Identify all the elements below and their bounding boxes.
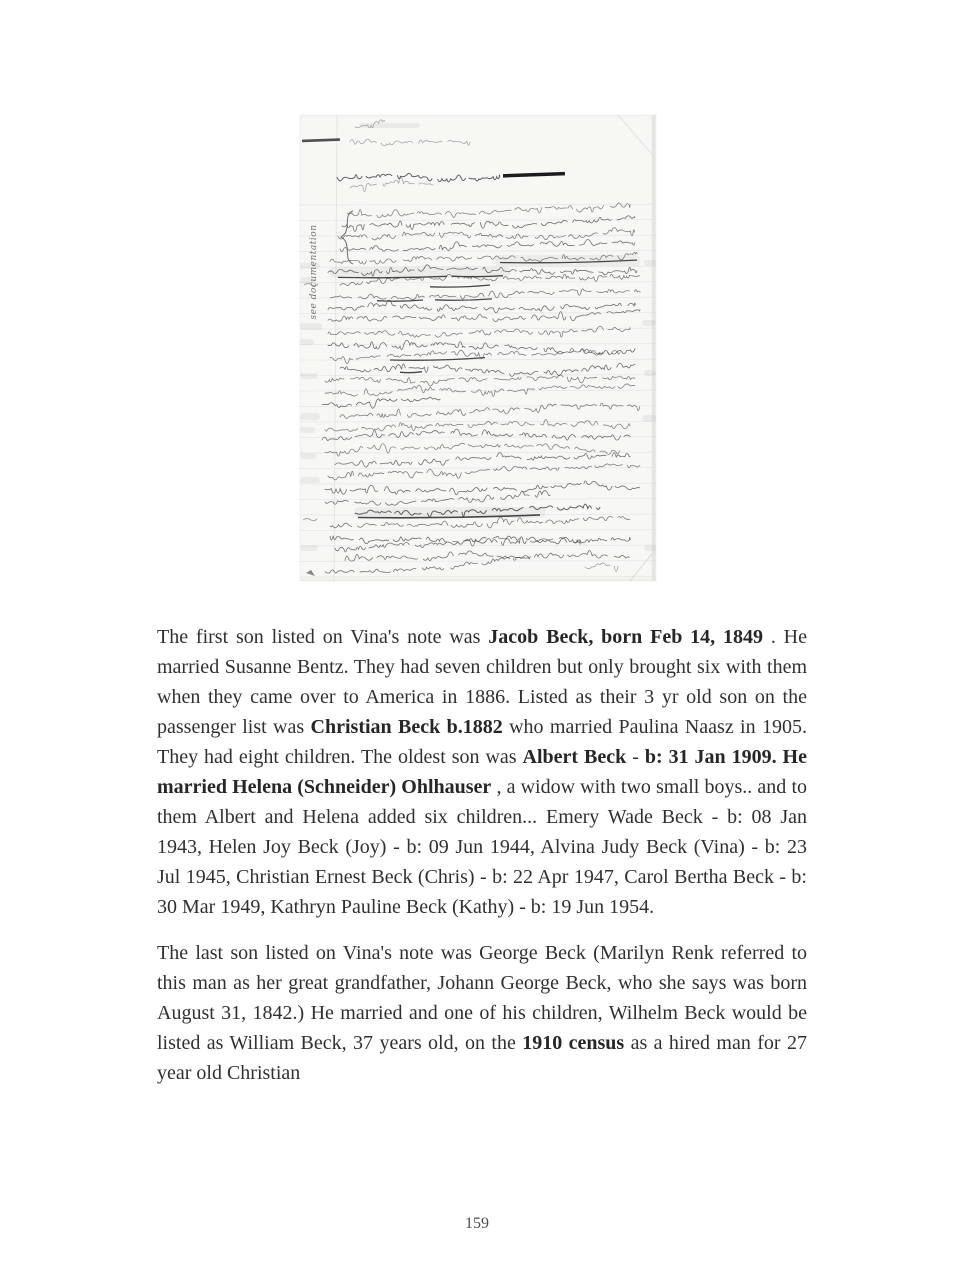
bold-run: Albert Beck: [523, 746, 627, 768]
paragraph-1: The first son listed on Vina's note was …: [157, 622, 807, 922]
page-number: 159: [0, 1215, 954, 1233]
text-run: -: [626, 746, 645, 768]
bold-run: Christian Beck b.1882: [311, 716, 503, 738]
text-run: The first son listed on Vina's note was: [157, 626, 488, 648]
scan-side-label: see documentation: [309, 212, 323, 332]
document-page: see documentation The first son listed o…: [0, 0, 954, 1276]
paragraph-2: The last son listed on Vina's note was G…: [157, 938, 807, 1088]
bold-run: 1910 census: [522, 1032, 624, 1054]
handwriting-scan-image: [300, 115, 656, 581]
handwritten-note-scan: see documentation: [300, 115, 656, 581]
bold-run: Jacob Beck, born Feb 14, 1849: [488, 626, 763, 648]
body-text: The first son listed on Vina's note was …: [157, 622, 807, 1104]
